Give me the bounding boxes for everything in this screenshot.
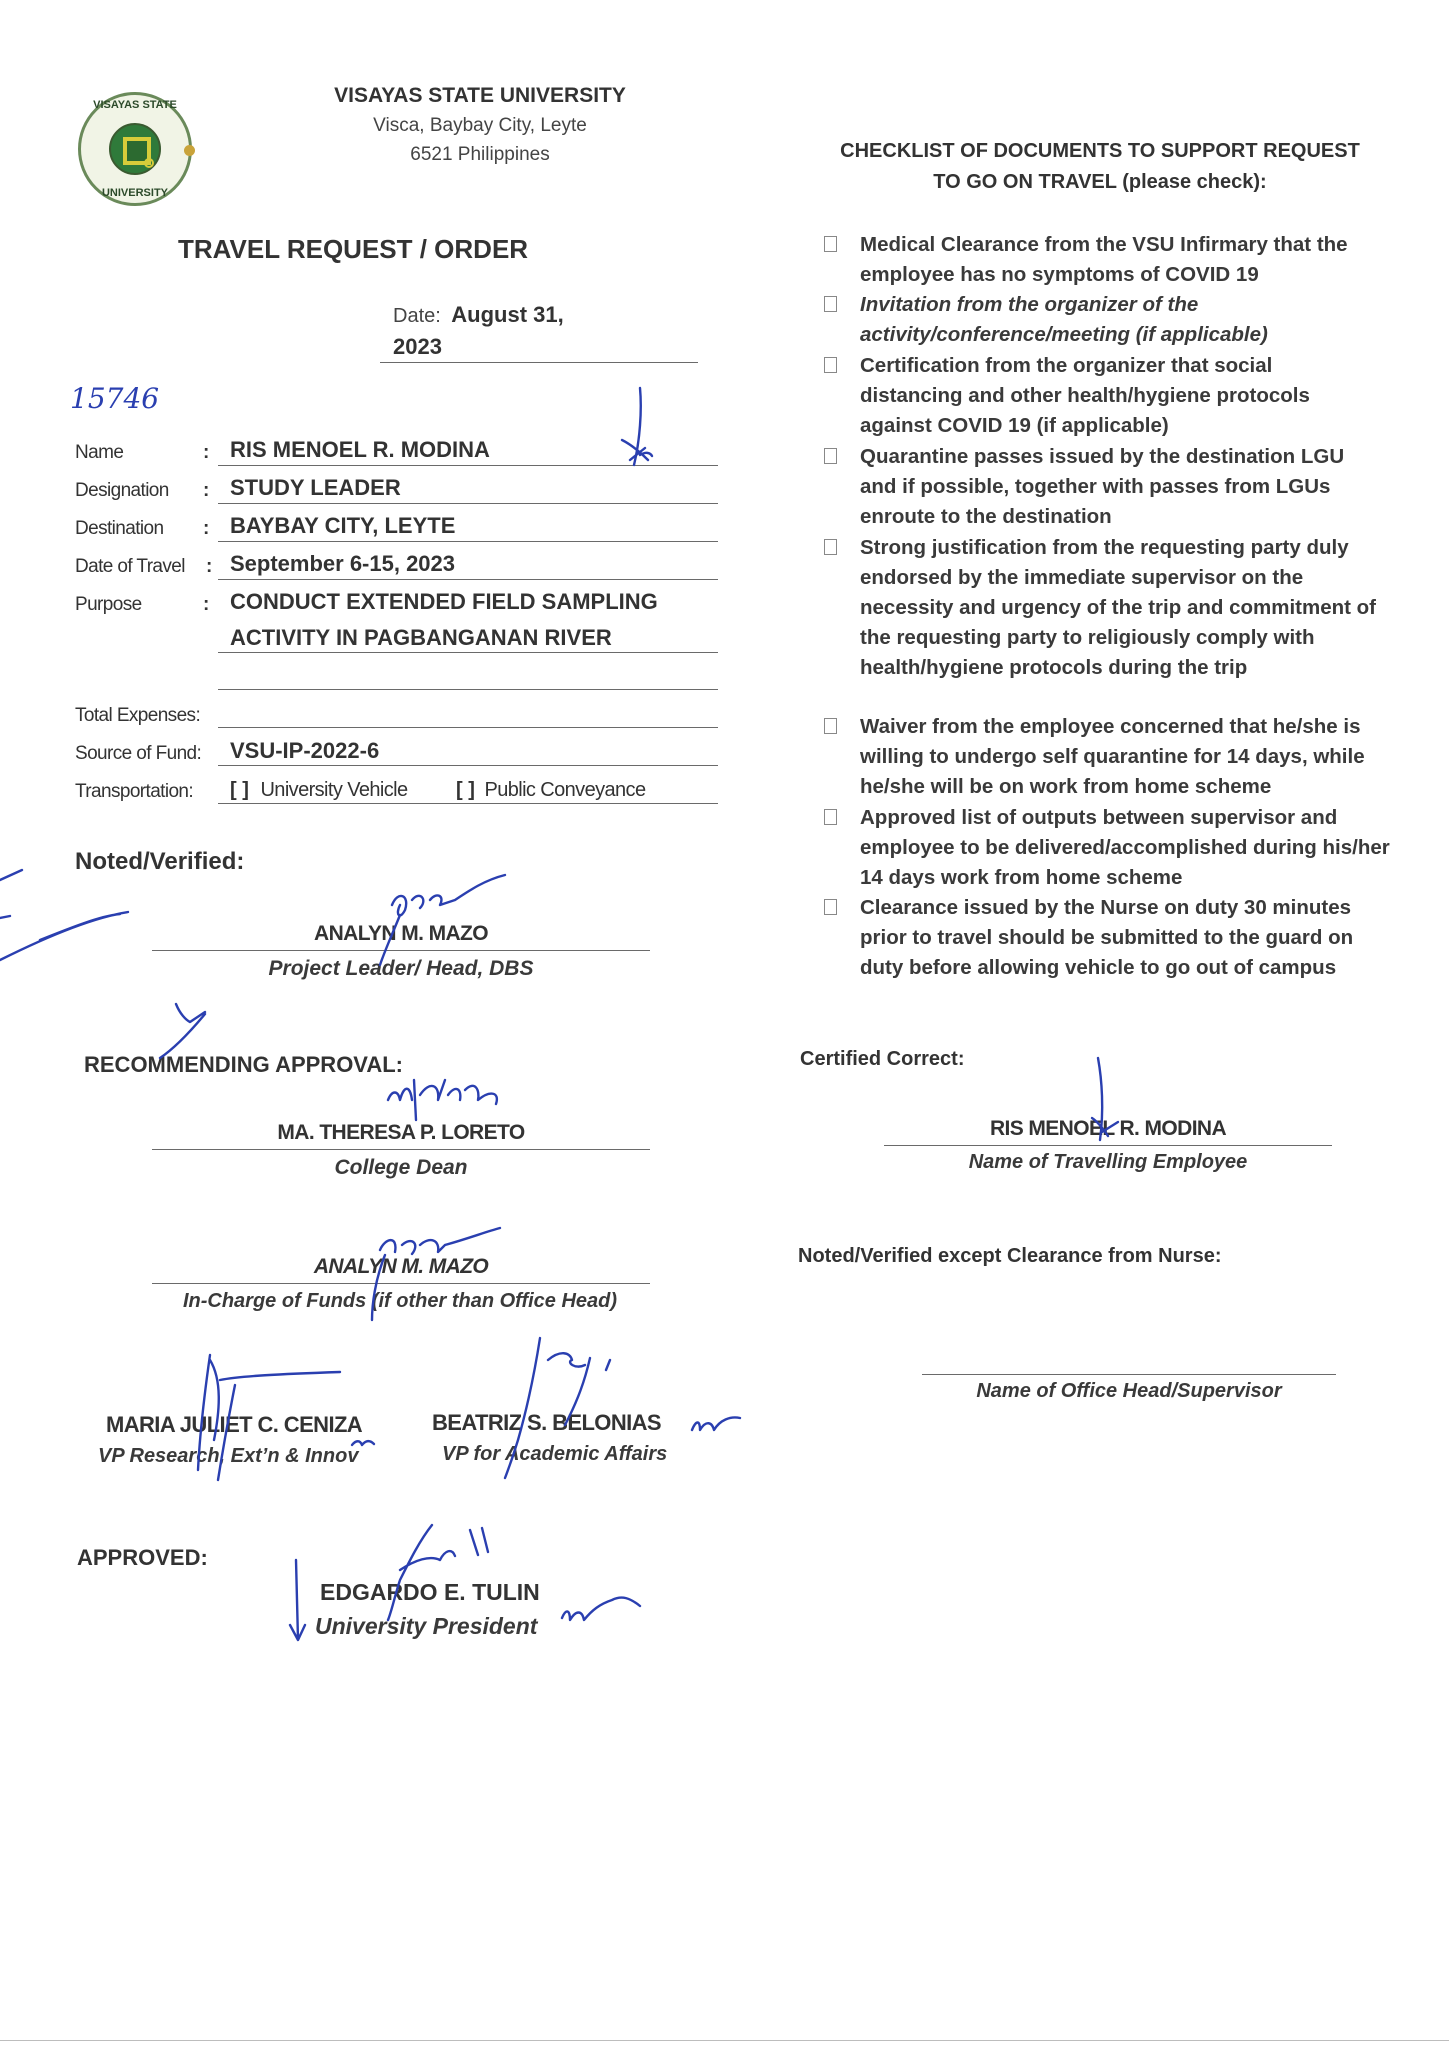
signatures-ink-icon <box>0 0 1449 2048</box>
